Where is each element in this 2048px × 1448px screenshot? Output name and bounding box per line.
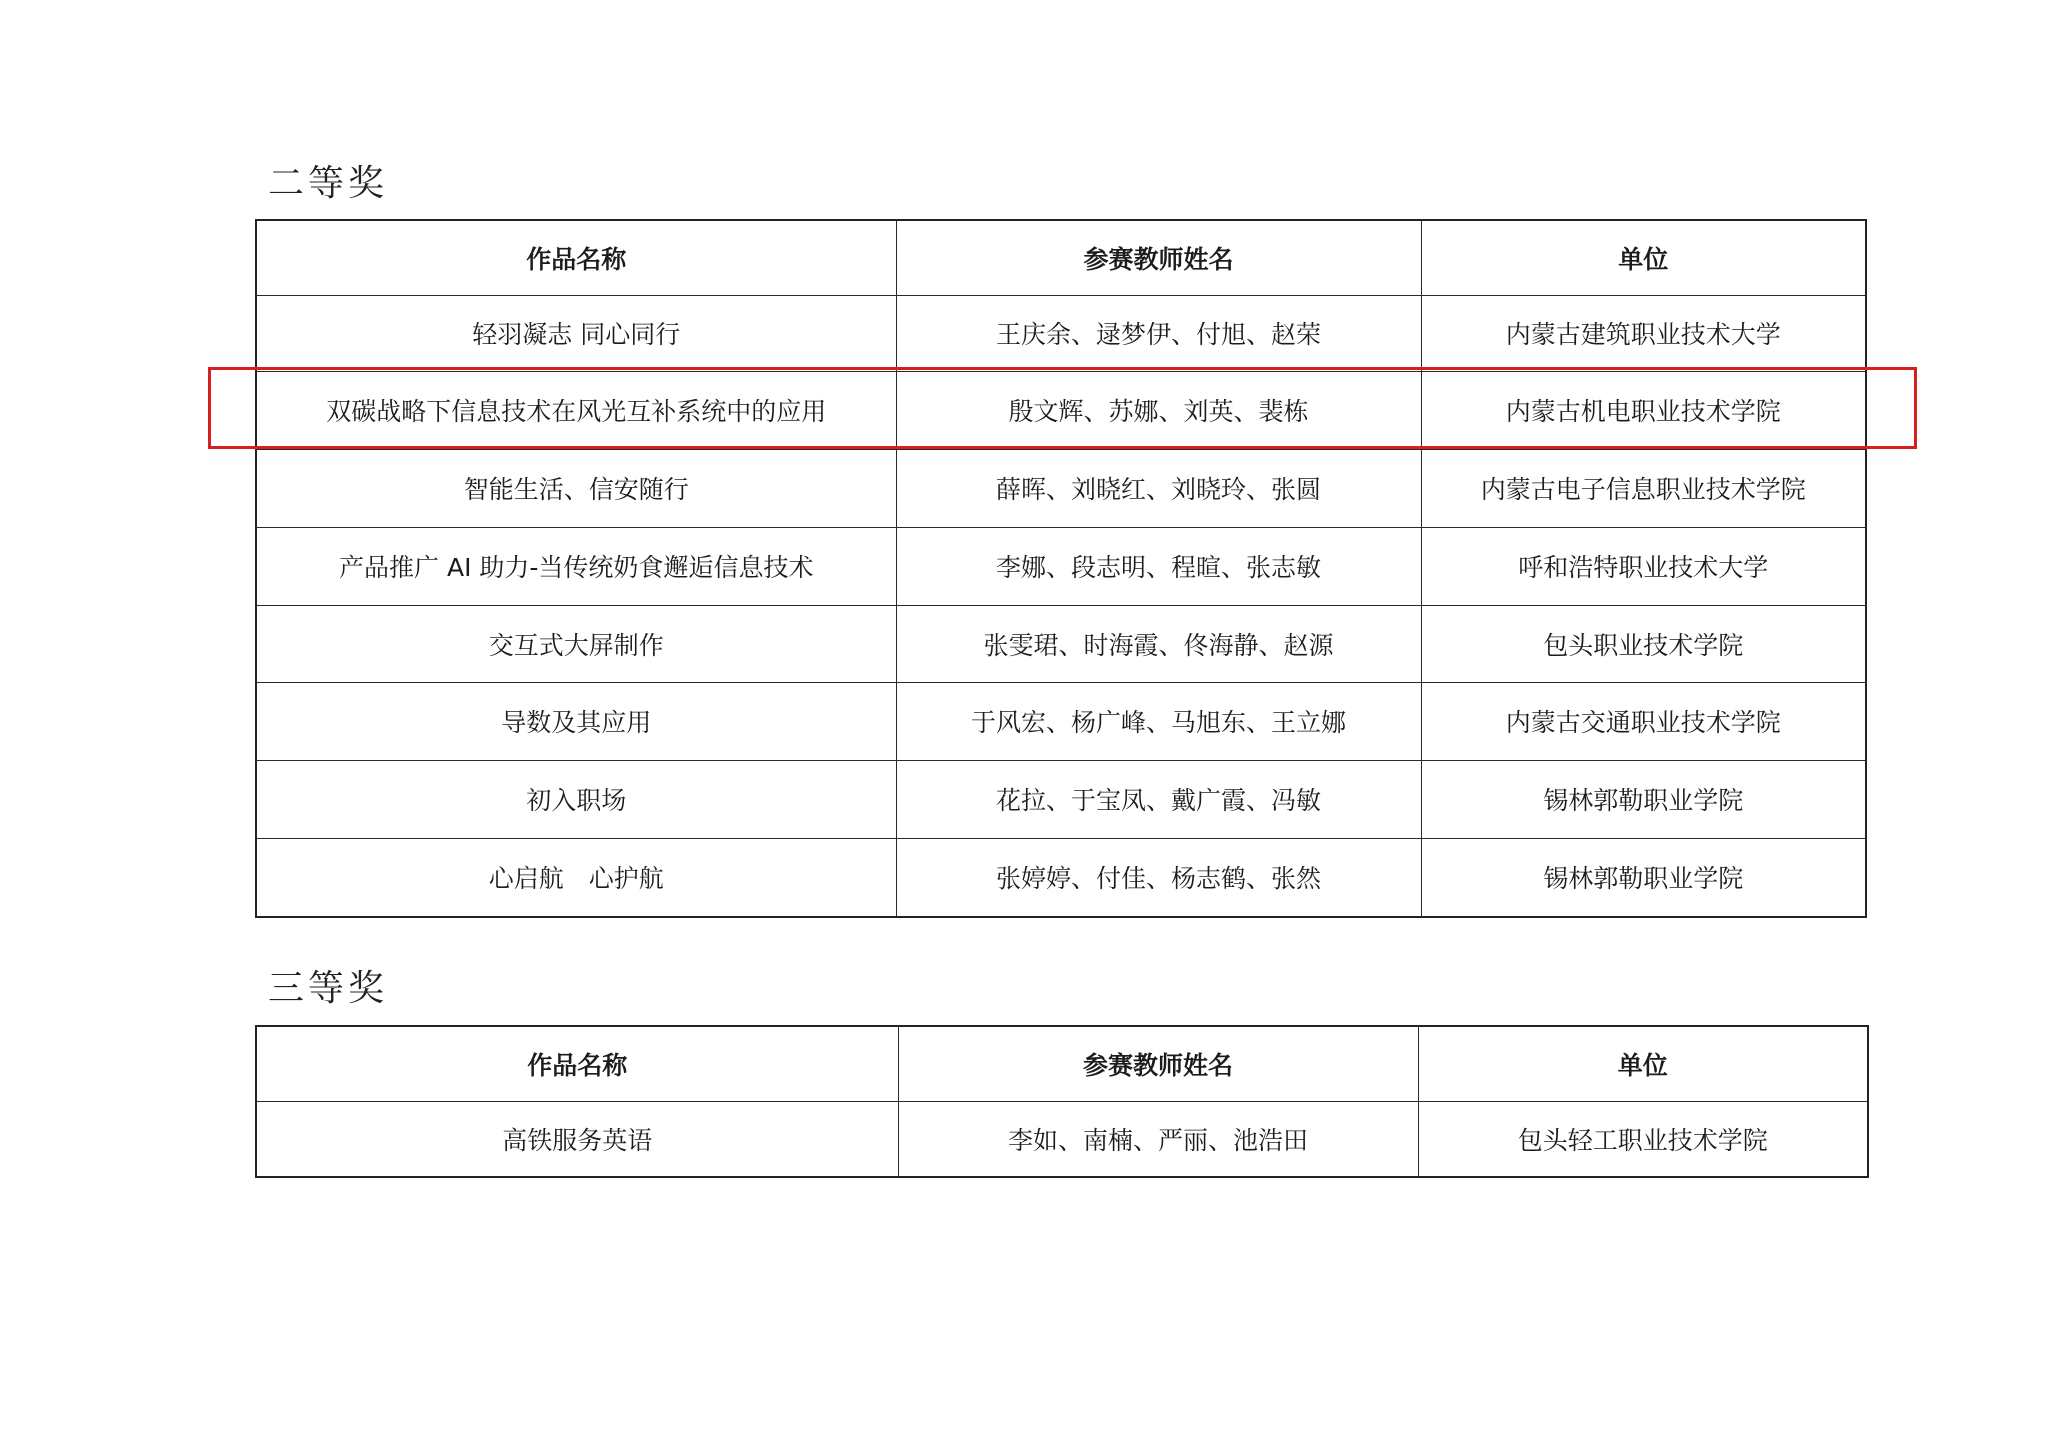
- unit-cell: 锡林郭勒职业学院: [1421, 760, 1866, 838]
- unit-cell: 包头职业技术学院: [1421, 605, 1866, 682]
- unit-cell: 内蒙古机电职业技术学院: [1421, 371, 1866, 449]
- work-name-cell: 心启航 心护航: [256, 838, 896, 917]
- unit-cell: 包头轻工职业技术学院: [1418, 1101, 1868, 1177]
- header-unit: 单位: [1418, 1026, 1868, 1101]
- work-name-cell: 产品推广 AI 助力-当传统奶食邂逅信息技术: [256, 527, 896, 605]
- table-row: 轻羽凝志 同心同行 王庆余、逯梦伊、付旭、赵荣 内蒙古建筑职业技术大学: [256, 295, 1866, 371]
- unit-cell: 内蒙古交通职业技术学院: [1421, 682, 1866, 760]
- second-prize-table: 作品名称 参赛教师姓名 单位 轻羽凝志 同心同行 王庆余、逯梦伊、付旭、赵荣 内…: [255, 219, 1867, 918]
- third-prize-table: 作品名称 参赛教师姓名 单位 高铁服务英语 李如、南楠、严丽、池浩田 包头轻工职…: [255, 1025, 1869, 1178]
- table-header-row: 作品名称 参赛教师姓名 单位: [256, 1026, 1868, 1101]
- header-work-name: 作品名称: [256, 1026, 898, 1101]
- teacher-names-cell: 张婷婷、付佳、杨志鹤、张然: [896, 838, 1421, 917]
- unit-cell: 锡林郭勒职业学院: [1421, 838, 1866, 917]
- teacher-names-cell: 王庆余、逯梦伊、付旭、赵荣: [896, 295, 1421, 371]
- second-prize-title: 二等奖: [268, 155, 388, 206]
- work-name-cell: 双碳战略下信息技术在风光互补系统中的应用: [256, 371, 896, 449]
- table-row-highlighted: 双碳战略下信息技术在风光互补系统中的应用 殷文辉、苏娜、刘英、裴栋 内蒙古机电职…: [256, 371, 1866, 449]
- table-row: 交互式大屏制作 张雯珺、时海霞、佟海静、赵源 包头职业技术学院: [256, 605, 1866, 682]
- teacher-names-cell: 张雯珺、时海霞、佟海静、赵源: [896, 605, 1421, 682]
- teacher-names-cell: 于风宏、杨广峰、马旭东、王立娜: [896, 682, 1421, 760]
- teacher-names-cell: 李如、南楠、严丽、池浩田: [898, 1101, 1418, 1177]
- table-row: 心启航 心护航 张婷婷、付佳、杨志鹤、张然 锡林郭勒职业学院: [256, 838, 1866, 917]
- work-name-cell: 初入职场: [256, 760, 896, 838]
- table-row: 产品推广 AI 助力-当传统奶食邂逅信息技术 李娜、段志明、程暄、张志敏 呼和浩…: [256, 527, 1866, 605]
- unit-cell: 内蒙古电子信息职业技术学院: [1421, 449, 1866, 527]
- work-name-cell: 导数及其应用: [256, 682, 896, 760]
- work-name-cell: 交互式大屏制作: [256, 605, 896, 682]
- teacher-names-cell: 李娜、段志明、程暄、张志敏: [896, 527, 1421, 605]
- unit-cell: 呼和浩特职业技术大学: [1421, 527, 1866, 605]
- work-name-cell: 智能生活、信安随行: [256, 449, 896, 527]
- table-row: 初入职场 花拉、于宝凤、戴广霞、冯敏 锡林郭勒职业学院: [256, 760, 1866, 838]
- table-row: 高铁服务英语 李如、南楠、严丽、池浩田 包头轻工职业技术学院: [256, 1101, 1868, 1177]
- header-unit: 单位: [1421, 220, 1866, 295]
- work-name-cell: 轻羽凝志 同心同行: [256, 295, 896, 371]
- table-row: 智能生活、信安随行 薛晖、刘晓红、刘晓玲、张圆 内蒙古电子信息职业技术学院: [256, 449, 1866, 527]
- header-teacher-names: 参赛教师姓名: [898, 1026, 1418, 1101]
- teacher-names-cell: 薛晖、刘晓红、刘晓玲、张圆: [896, 449, 1421, 527]
- unit-cell: 内蒙古建筑职业技术大学: [1421, 295, 1866, 371]
- teacher-names-cell: 花拉、于宝凤、戴广霞、冯敏: [896, 760, 1421, 838]
- table-header-row: 作品名称 参赛教师姓名 单位: [256, 220, 1866, 295]
- header-work-name: 作品名称: [256, 220, 896, 295]
- header-teacher-names: 参赛教师姓名: [896, 220, 1421, 295]
- third-prize-title: 三等奖: [268, 960, 388, 1011]
- work-name-cell: 高铁服务英语: [256, 1101, 898, 1177]
- teacher-names-cell: 殷文辉、苏娜、刘英、裴栋: [896, 371, 1421, 449]
- table-row: 导数及其应用 于风宏、杨广峰、马旭东、王立娜 内蒙古交通职业技术学院: [256, 682, 1866, 760]
